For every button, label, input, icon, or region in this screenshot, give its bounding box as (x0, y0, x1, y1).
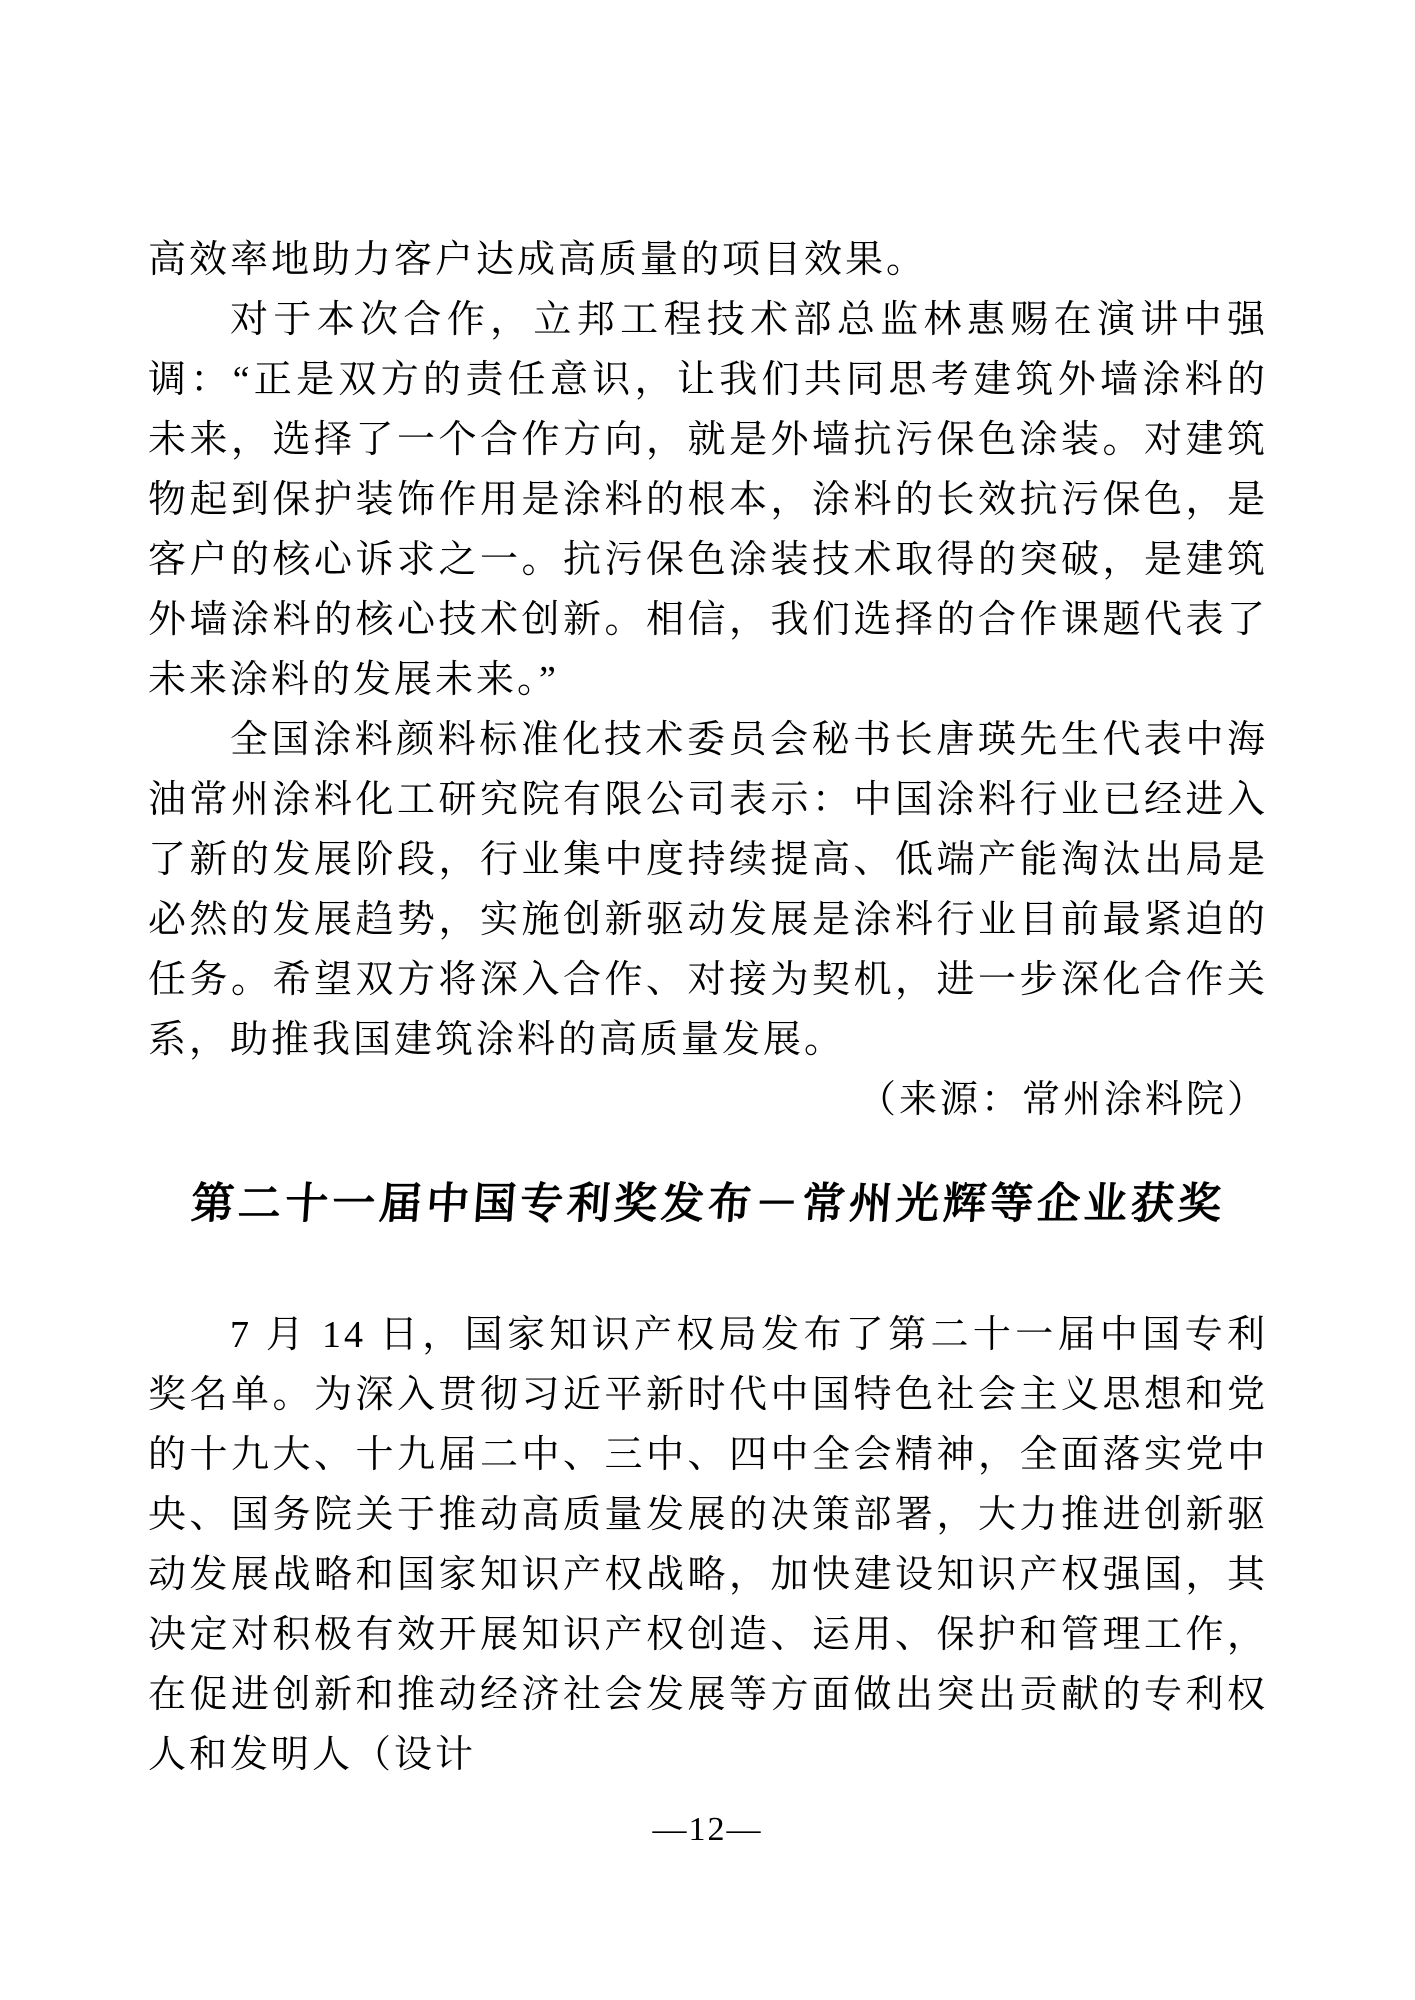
paragraph-cooperation-quote: 对于本次合作，立邦工程技术部总监林惠赐在演讲中强调：“正是双方的责任意识，让我们… (148, 290, 1268, 710)
document-page: 高效率地助力客户达成高质量的项目效果。 对于本次合作，立邦工程技术部总监林惠赐在… (0, 0, 1415, 2000)
page-number: —12— (0, 1800, 1415, 1860)
source-attribution: （来源：常州涂料院） (148, 1070, 1268, 1130)
paragraph-continuation: 高效率地助力客户达成高质量的项目效果。 (148, 230, 1268, 290)
section-title: 第二十一届中国专利奖发布－常州光辉等企业获奖 (146, 1175, 1270, 1235)
paragraph-committee-statement: 全国涂料颜料标准化技术委员会秘书长唐瑛先生代表中海油常州涂料化工研究院有限公司表… (148, 710, 1268, 1070)
paragraph-patent-award: 7 月 14 日，国家知识产权局发布了第二十一届中国专利奖名单。为深入贯彻习近平… (148, 1305, 1268, 1785)
page-body-text: 高效率地助力客户达成高质量的项目效果。 对于本次合作，立邦工程技术部总监林惠赐在… (148, 230, 1268, 1785)
